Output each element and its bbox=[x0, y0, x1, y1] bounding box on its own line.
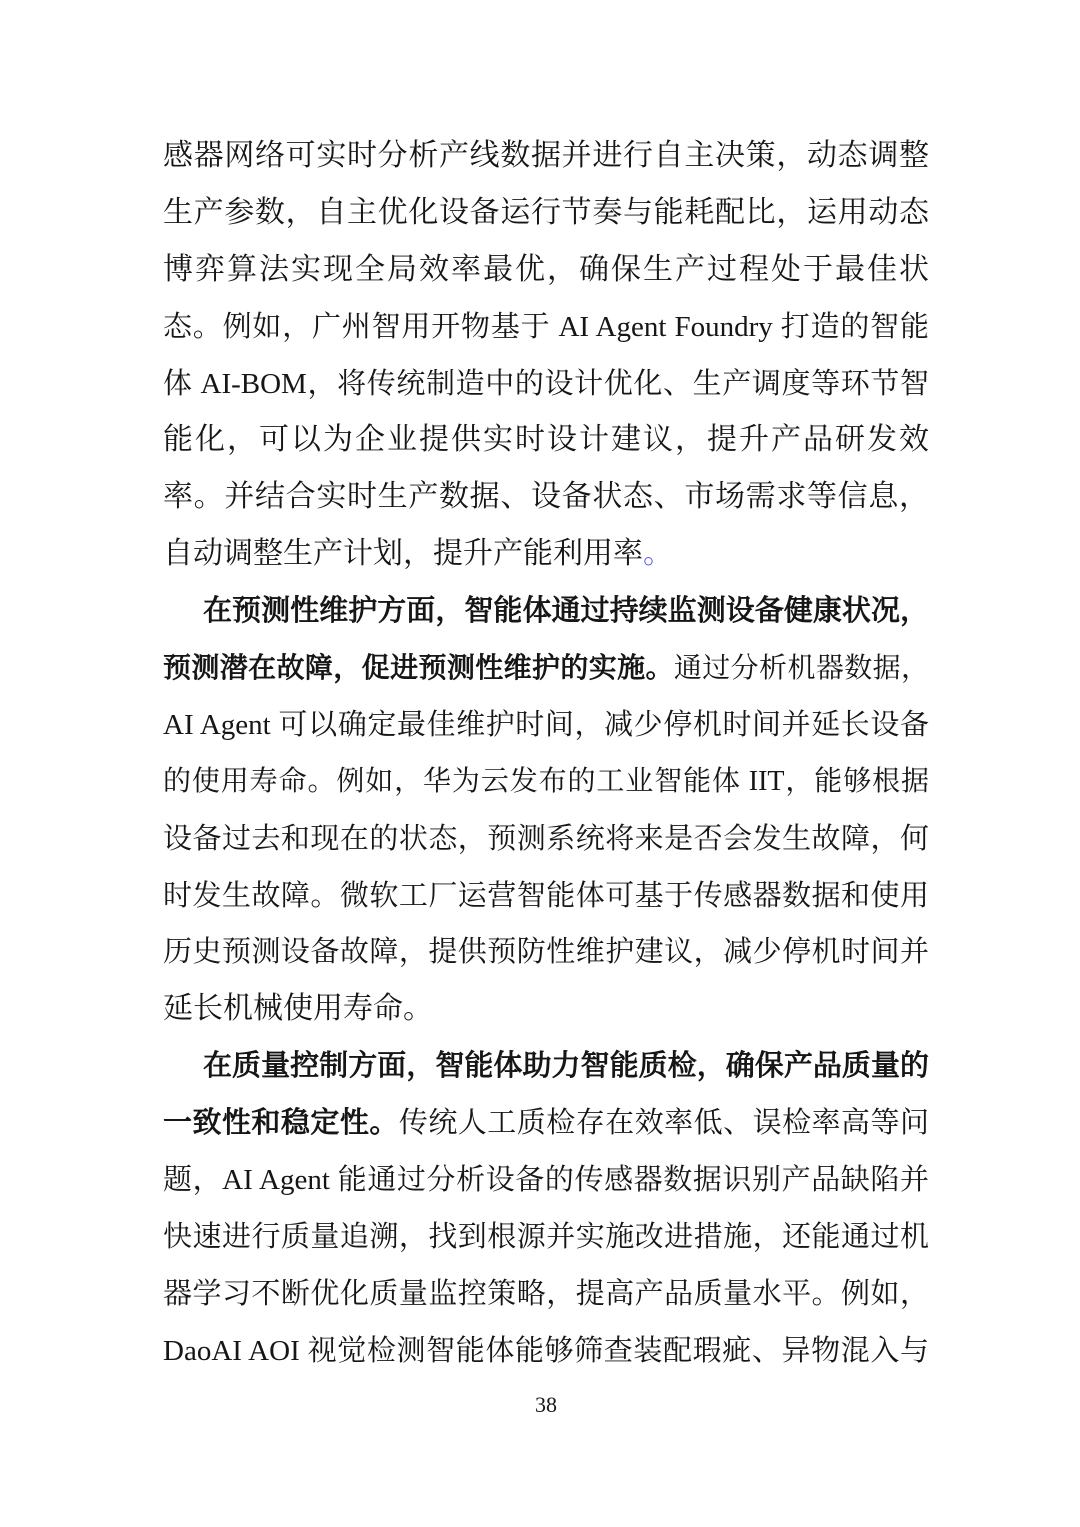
page-body: 感器网络可实时分析产线数据并进行自主决策，动态调整生产参数，自主优化设备运行节奏… bbox=[163, 128, 929, 1380]
text-run: 率。并结合实时生产数据、设备状态、市场需求等信息， bbox=[163, 480, 929, 513]
text-run: 题，AI Agent 能通过分析设备的传感器数据识别产品缺陷并 bbox=[163, 1164, 929, 1196]
text-line: 预测潜在故障，促进预测性维护的实施。通过分析机器数据， bbox=[163, 640, 929, 697]
text-run: 生产参数，自主优化设备运行节奏与能耗配比，运用动态 bbox=[163, 196, 929, 229]
text-line: 生产参数，自主优化设备运行节奏与能耗配比，运用动态 bbox=[163, 185, 929, 242]
paragraph-quality-control: 在质量控制方面，智能体助力智能质检，确保产品质量的一致性和稳定性。传统人工质检存… bbox=[163, 1038, 929, 1379]
paragraph-smart-production: 感器网络可实时分析产线数据并进行自主决策，动态调整生产参数，自主优化设备运行节奏… bbox=[163, 128, 929, 583]
bold-text-run: 预测潜在故障，促进预测性维护的实施。 bbox=[163, 652, 674, 683]
bold-text-run: 一致性和稳定性。 bbox=[163, 1107, 399, 1139]
text-run: 器学习不断优化质量监控策略，提高产品质量水平。例如， bbox=[163, 1278, 929, 1310]
text-line: AI Agent 可以确定最佳维护时间，减少停机时间并延长设备 bbox=[163, 697, 929, 754]
paragraph-predictive-maintenance: 在预测性维护方面，智能体通过持续监测设备健康状况，预测潜在故障，促进预测性维护的… bbox=[163, 583, 929, 1038]
text-run: 博弈算法实现全局效率最优，确保生产过程处于最佳状 bbox=[163, 253, 929, 286]
text-run: 自动调整生产计划，提升产能利用率 bbox=[163, 537, 643, 570]
text-run: 快速进行质量追溯，找到根源并实施改进措施，还能通过机 bbox=[163, 1221, 929, 1253]
text-line: 感器网络可实时分析产线数据并进行自主决策，动态调整 bbox=[163, 128, 929, 185]
text-line: 设备过去和现在的状态，预测系统将来是否会发生故障，何 bbox=[163, 811, 929, 868]
text-run: 态。例如，广州智用开物基于 AI Agent Foundry 打造的智能 bbox=[163, 311, 929, 343]
text-run: DaoAI AOI 视觉检测智能体能够筛查装配瑕疵、异物混入与 bbox=[163, 1335, 929, 1367]
text-run: 传统人工质检存在效率低、误检率高等问 bbox=[399, 1107, 929, 1139]
text-line: 态。例如，广州智用开物基于 AI Agent Foundry 打造的智能 bbox=[163, 299, 929, 356]
text-run: 时发生故障。微软工厂运营智能体可基于传感器数据和使用 bbox=[163, 880, 929, 912]
text-line: 快速进行质量追溯，找到根源并实施改进措施，还能通过机 bbox=[163, 1209, 929, 1266]
text-line: 延长机械使用寿命。 bbox=[163, 981, 929, 1038]
text-line: 率。并结合实时生产数据、设备状态、市场需求等信息， bbox=[163, 469, 929, 526]
bold-text-run: 在预测性维护方面，智能体通过持续监测设备健康状况， bbox=[203, 595, 929, 627]
text-run: 历史预测设备故障，提供预防性维护建议，减少停机时间并 bbox=[163, 936, 929, 968]
document-page: 感器网络可实时分析产线数据并进行自主决策，动态调整生产参数，自主优化设备运行节奏… bbox=[0, 0, 1080, 1527]
text-line: 历史预测设备故障，提供预防性维护建议，减少停机时间并 bbox=[163, 924, 929, 981]
text-line: 题，AI Agent 能通过分析设备的传感器数据识别产品缺陷并 bbox=[163, 1152, 929, 1209]
text-run: 延长机械使用寿命。 bbox=[163, 992, 433, 1025]
accent-text-run: 。 bbox=[643, 537, 673, 570]
text-line: 器学习不断优化质量监控策略，提高产品质量水平。例如， bbox=[163, 1266, 929, 1323]
text-line: 在预测性维护方面，智能体通过持续监测设备健康状况， bbox=[163, 583, 929, 640]
text-run: 感器网络可实时分析产线数据并进行自主决策，动态调整 bbox=[163, 139, 929, 172]
text-run: 的使用寿命。例如，华为云发布的工业智能体 IIT，能够根据 bbox=[163, 766, 929, 797]
text-line: 一致性和稳定性。传统人工质检存在效率低、误检率高等问 bbox=[163, 1095, 929, 1152]
text-line: 自动调整生产计划，提升产能利用率。 bbox=[163, 526, 929, 583]
text-line: 在质量控制方面，智能体助力智能质检，确保产品质量的 bbox=[163, 1038, 929, 1095]
text-line: DaoAI AOI 视觉检测智能体能够筛查装配瑕疵、异物混入与 bbox=[163, 1323, 929, 1380]
text-run: 通过分析机器数据， bbox=[674, 653, 929, 684]
text-run: AI Agent 可以确定最佳维护时间，减少停机时间并延长设备 bbox=[163, 709, 929, 741]
text-run: 能化，可以为企业提供实时设计建议，提升产品研发效 bbox=[163, 423, 929, 456]
text-run: 体 AI-BOM，将传统制造中的设计优化、生产调度等环节智 bbox=[163, 368, 929, 400]
text-run: 设备过去和现在的状态，预测系统将来是否会发生故障，何 bbox=[163, 823, 929, 855]
text-line: 能化，可以为企业提供实时设计建议，提升产品研发效 bbox=[163, 412, 929, 469]
text-line: 的使用寿命。例如，华为云发布的工业智能体 IIT，能够根据 bbox=[163, 754, 929, 811]
page-number: 38 bbox=[163, 1390, 929, 1420]
text-line: 博弈算法实现全局效率最优，确保生产过程处于最佳状 bbox=[163, 242, 929, 299]
text-line: 时发生故障。微软工厂运营智能体可基于传感器数据和使用 bbox=[163, 868, 929, 925]
bold-text-run: 在质量控制方面，智能体助力智能质检，确保产品质量的 bbox=[203, 1050, 929, 1082]
text-line: 体 AI-BOM，将传统制造中的设计优化、生产调度等环节智 bbox=[163, 356, 929, 413]
